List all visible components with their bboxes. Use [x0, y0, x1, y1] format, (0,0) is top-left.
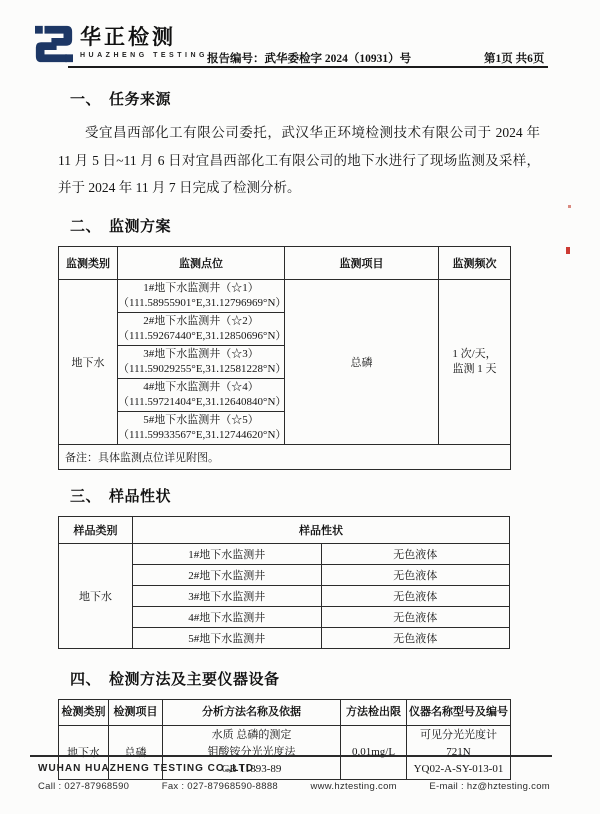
col-header-analysis-method: 分析方法名称及依据 [163, 699, 341, 725]
instrument-line2: 721N [409, 744, 508, 761]
well-name: 4#地下水监测井（☆4） [118, 380, 284, 395]
frequency-line1: 1 次/天， [441, 347, 508, 362]
well-cell: 3#地下水监测井 [133, 585, 322, 606]
col-header-point: 监测点位 [118, 246, 285, 279]
category-cell: 地下水 [59, 543, 133, 648]
project-cell: 总磷 [285, 279, 439, 444]
section4-title: 四、 检测方法及主要仪器设备 [58, 668, 548, 689]
state-cell: 无色液体 [321, 606, 510, 627]
logo-name-en: HUAZHENG TESTING [80, 52, 208, 59]
header-divider [68, 66, 548, 68]
sample-properties-table: 样品类别 样品性状 地下水 1#地下水监测井 无色液体 2#地下水监测井 无色液… [58, 516, 510, 649]
section2-title: 二、 监测方案 [58, 215, 548, 236]
well-cell: 2#地下水监测井 [133, 564, 322, 585]
well-coords: （111.59933567°E,31.12744620°N） [118, 428, 284, 443]
state-cell: 无色液体 [321, 564, 510, 585]
col-header-sample-category: 样品类别 [59, 516, 133, 543]
instrument-cell: 可见分光光度计 721N YQ02-A-SY-013-01 [407, 725, 511, 779]
footer-company-name: WUHAN HUAZHENG TESTING CO.,LTD. [38, 763, 258, 774]
well-coords: （111.58955901°E,31.12796969°N） [118, 296, 284, 311]
logo-name-cn: 华正检测 [80, 26, 208, 50]
limit-cell: 0.01mg/L [341, 725, 407, 779]
col-header-project: 监测项目 [285, 246, 439, 279]
footer-divider [30, 755, 552, 757]
table-header-row: 检测类别 检测项目 分析方法名称及依据 方法检出限 仪器名称型号及编号 [59, 699, 511, 725]
col-header-test-item: 检测项目 [109, 699, 163, 725]
footer-contacts: Call : 027-87968590 Fax : 027-87968590-8… [38, 781, 550, 792]
well-coords: （111.59721404°E,31.12640840°N） [118, 395, 284, 410]
col-header-test-category: 检测类别 [59, 699, 109, 725]
well-name: 1#地下水监测井（☆1） [118, 281, 284, 296]
instrument-line3: YQ02-A-SY-013-01 [409, 761, 508, 778]
section1-title: 一、 任务来源 [58, 88, 548, 109]
monitoring-point-cell: 5#地下水监测井（☆5） （111.59933567°E,31.12744620… [118, 411, 285, 444]
frequency-cell: 1 次/天， 监测 1 天 [439, 279, 511, 444]
footer-website: www.hztesting.com [310, 781, 396, 792]
well-coords: （111.59267440°E,31.12850696°N） [118, 329, 284, 344]
page-number: 第1页 共6页 [484, 50, 544, 66]
table-row: 地下水 1#地下水监测井（☆1） （111.58955901°E,31.1279… [59, 279, 511, 312]
monitoring-point-cell: 4#地下水监测井（☆4） （111.59721404°E,31.12640840… [118, 378, 285, 411]
table-header-row: 样品类别 样品性状 [59, 516, 510, 543]
well-cell: 4#地下水监测井 [133, 606, 322, 627]
well-name: 2#地下水监测井（☆2） [118, 314, 284, 329]
well-cell: 1#地下水监测井 [133, 543, 322, 564]
footer-email: E-mail : hz@hztesting.com [429, 781, 550, 792]
frequency-line2: 监测 1 天 [441, 362, 508, 377]
scan-artifact-dot [568, 205, 571, 208]
footer-fax: Fax : 027-87968590-8888 [162, 781, 278, 792]
report-page: { "header": { "logo_cn": "华正检测", "logo_e… [0, 0, 600, 814]
monitoring-point-cell: 3#地下水监测井（☆3） （111.59029255°E,31.12581228… [118, 345, 285, 378]
company-logo: 华正检测 HUAZHENG TESTING [35, 25, 208, 63]
monitoring-plan-table: 监测类别 监测点位 监测项目 监测频次 地下水 1#地下水监测井（☆1） （11… [58, 246, 511, 470]
instrument-line1: 可见分光光度计 [409, 727, 508, 744]
category-cell: 地下水 [59, 279, 118, 444]
well-coords: （111.59029255°E,31.12581228°N） [118, 362, 284, 377]
section3-title: 三、 样品性状 [58, 485, 548, 506]
table-header-row: 监测类别 监测点位 监测项目 监测频次 [59, 246, 511, 279]
method-line2: 钼酸铵分光光度法 [165, 744, 338, 761]
huazheng-logo-icon [35, 25, 73, 63]
col-header-frequency: 监测频次 [439, 246, 511, 279]
state-cell: 无色液体 [321, 627, 510, 648]
well-cell: 5#地下水监测井 [133, 627, 322, 648]
section1-paragraph: 受宜昌西部化工有限公司委托，武汉华正环境检测技术有限公司于 2024 年 11 … [58, 119, 540, 202]
state-cell: 无色液体 [321, 585, 510, 606]
monitoring-point-cell: 1#地下水监测井（☆1） （111.58955901°E,31.12796969… [118, 279, 285, 312]
logo-text: 华正检测 HUAZHENG TESTING [80, 26, 208, 59]
state-cell: 无色液体 [321, 543, 510, 564]
report-number: 报告编号：武华委检字 2024（10931）号 [207, 50, 411, 66]
page-header: 华正检测 HUAZHENG TESTING 报告编号：武华委检字 2024（10… [0, 0, 600, 70]
well-name: 3#地下水监测井（☆3） [118, 347, 284, 362]
method-line1: 水质 总磷的测定 [165, 727, 338, 744]
col-header-sample-state: 样品性状 [133, 516, 510, 543]
scan-artifact-dot [566, 247, 570, 254]
note-cell: 备注：具体监测点位详见附图。 [59, 444, 511, 469]
col-header-detection-limit: 方法检出限 [341, 699, 407, 725]
footer-phone: Call : 027-87968590 [38, 781, 129, 792]
monitoring-point-cell: 2#地下水监测井（☆2） （111.59267440°E,31.12850696… [118, 312, 285, 345]
table-row: 地下水 1#地下水监测井 无色液体 [59, 543, 510, 564]
document-body: 一、 任务来源 受宜昌西部化工有限公司委托，武汉华正环境检测技术有限公司于 20… [58, 88, 548, 780]
table-note-row: 备注：具体监测点位详见附图。 [59, 444, 511, 469]
well-name: 5#地下水监测井（☆5） [118, 413, 284, 428]
col-header-category: 监测类别 [59, 246, 118, 279]
col-header-instrument: 仪器名称型号及编号 [407, 699, 511, 725]
